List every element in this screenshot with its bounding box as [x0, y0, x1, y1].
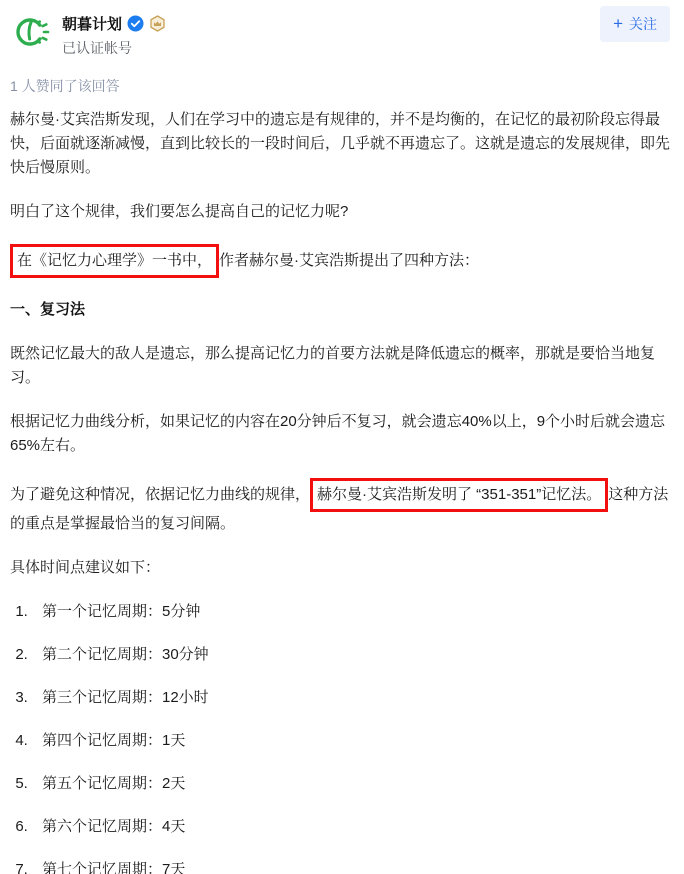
list-item: 第一个记忆周期：5分钟: [32, 600, 674, 624]
paragraph-351-method: 为了避免这种情况，依据记忆力曲线的规律，赫尔曼·艾宾浩斯发明了 “351-351…: [10, 478, 674, 536]
list-item: 第三个记忆周期：12小时: [32, 686, 674, 710]
section-heading-review-method: 一、复习法: [10, 298, 674, 322]
red-annotation-box-1: 在《记忆力心理学》一书中，: [10, 244, 219, 278]
paragraph-question: 明白了这个规律，我们要怎么提高自己的记忆力呢?: [10, 200, 674, 224]
paragraph-351-pre: 为了避免这种情况，依据记忆力曲线的规律，: [10, 486, 310, 503]
author-info: 朝暮计划 已认证帐号: [62, 12, 166, 58]
clock-rays-logo-icon: [10, 12, 50, 52]
paragraph-curve-analysis: 根据记忆力曲线分析，如果记忆的内容在20分钟后不复习，就会遗忘40%以上，9个小…: [10, 410, 674, 458]
paragraph-forgetting-law: 赫尔曼·艾宾浩斯发现，人们在学习中的遗忘是有规律的，并不是均衡的，在记忆的最初阶…: [10, 108, 674, 180]
author-avatar[interactable]: [10, 12, 50, 52]
author-header: 朝暮计划 已认证帐号 + 关注: [10, 0, 674, 58]
follow-button[interactable]: + 关注: [600, 6, 670, 42]
paragraph-book-intro: 在《记忆力心理学》一书中，作者赫尔曼·艾宾浩斯提出了四种方法：: [10, 244, 674, 278]
paragraph-book-intro-rest: 作者赫尔曼·艾宾浩斯提出了四种方法：: [219, 252, 479, 269]
plus-icon: +: [613, 17, 623, 31]
upvote-count-text: 1 人赞同了该回答: [10, 76, 674, 96]
paragraph-list-intro: 具体时间点建议如下：: [10, 556, 674, 580]
list-item: 第五个记忆周期：2天: [32, 772, 674, 796]
author-name[interactable]: 朝暮计划: [62, 13, 122, 34]
gold-crown-badge-icon: [149, 15, 166, 32]
author-subtitle: 已认证帐号: [62, 38, 166, 58]
list-item: 第七个记忆周期：7天: [32, 858, 674, 874]
list-item: 第六个记忆周期：4天: [32, 815, 674, 839]
list-item: 第二个记忆周期：30分钟: [32, 643, 674, 667]
list-item: 第四个记忆周期：1天: [32, 729, 674, 753]
answer-body: 赫尔曼·艾宾浩斯发现，人们在学习中的遗忘是有规律的，并不是均衡的，在记忆的最初阶…: [10, 108, 674, 874]
follow-button-label: 关注: [629, 14, 657, 34]
verified-check-badge-icon: [127, 15, 144, 32]
red-annotation-box-2: 赫尔曼·艾宾浩斯发明了 “351-351”记忆法。: [310, 478, 608, 512]
memory-period-list: 第一个记忆周期：5分钟 第二个记忆周期：30分钟 第三个记忆周期：12小时 第四…: [10, 600, 674, 874]
answer-card: 朝暮计划 已认证帐号 + 关注 1 人赞同了该回答 赫尔曼·艾宾浩斯发现，人们在…: [0, 0, 684, 874]
paragraph-review-reason: 既然记忆最大的敌人是遗忘，那么提高记忆力的首要方法就是降低遗忘的概率，那就是要恰…: [10, 342, 674, 390]
